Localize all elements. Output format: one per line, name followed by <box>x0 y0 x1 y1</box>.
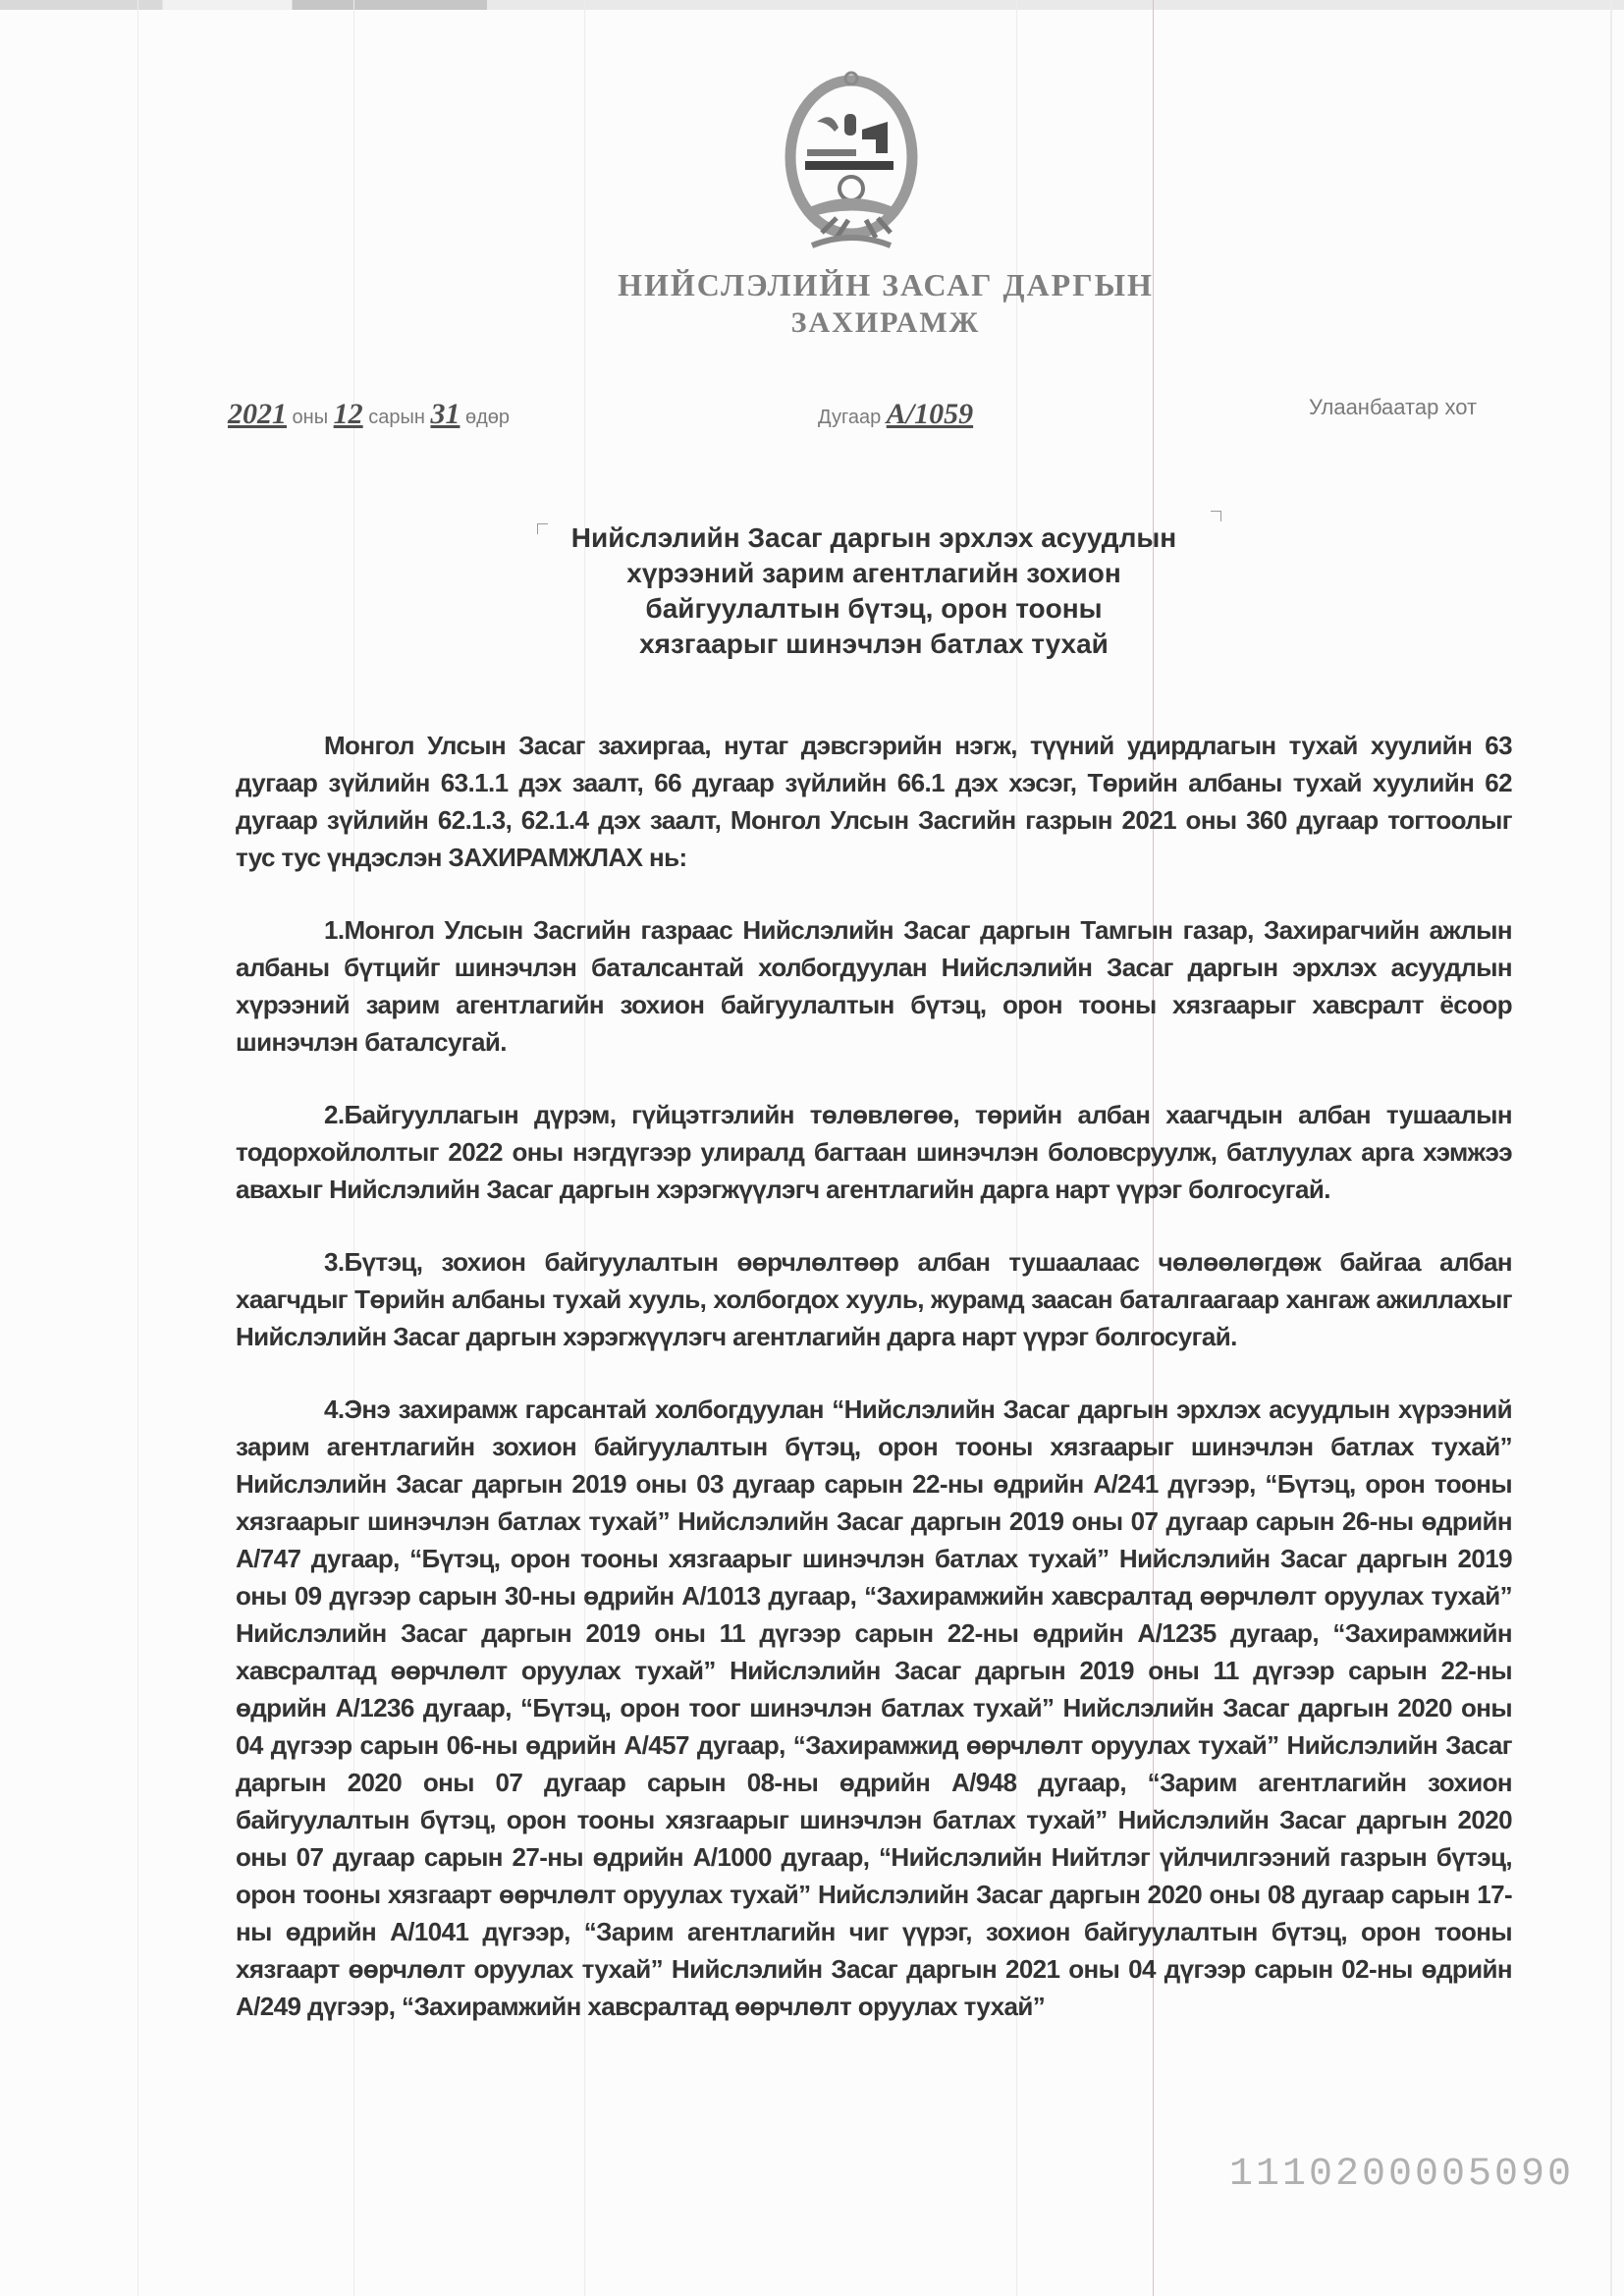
date-month: 12 <box>334 398 363 430</box>
number-value: А/1059 <box>887 398 973 430</box>
preamble-end: нь: <box>642 843 686 872</box>
document-type-heading: ЗАХИРАМЖ <box>74 306 1624 340</box>
subject-line: байгуулалтын бүтэц, орон тооны <box>530 591 1218 627</box>
subject-line: Нийслэлийн Засаг даргын эрхлэх асуудлын <box>530 520 1218 556</box>
preamble-text: Монгол Улсын Засаг захиргаа, нутаг дэвсг… <box>236 731 1512 872</box>
date-day-label: өдөр <box>460 407 510 428</box>
date-year: 2021 <box>228 398 287 430</box>
order-keyword: ЗАХИРАМЖЛАХ <box>449 843 643 872</box>
document-place: Улаанбаатар хот <box>1309 395 1477 420</box>
document-body: Монгол Улсын Засаг захиргаа, нутаг дэвсг… <box>236 727 1512 2060</box>
clause-4: 4.Энэ захирамж гарсантай холбогдуулан “Н… <box>236 1391 1512 2025</box>
date-year-label: оны <box>287 407 334 428</box>
clause-3: 3.Бүтэц, зохион байгуулалтын өөрчлөлтөөр… <box>236 1243 1512 1355</box>
preamble-paragraph: Монгол Улсын Засаг захиргаа, нутаг дэвсг… <box>236 727 1512 876</box>
date-month-label: сарын <box>363 407 431 428</box>
clause-2: 2.Байгууллагын дүрэм, гүйцэтгэлийн төлөв… <box>236 1096 1512 1208</box>
number-label: Дугаар <box>818 407 887 428</box>
scan-line <box>137 0 138 2296</box>
clause-1: 1.Монгол Улсын Засгийн газраас Нийслэлий… <box>236 911 1512 1061</box>
subject-title: Нийслэлийн Засаг даргын эрхлэх асуудлын … <box>530 520 1218 662</box>
state-emblem-icon <box>778 71 925 257</box>
document-serial-number: 1110200005090 <box>1229 2153 1574 2197</box>
subject-line: хүрээний зарим агентлагийн зохион <box>530 556 1218 591</box>
date-day: 31 <box>430 398 460 430</box>
issuer-heading: НИЙСЛЭЛИЙН ЗАСАГ ДАРГЫН <box>74 267 1624 303</box>
document-number: Дугаар А/1059 <box>818 398 973 431</box>
document-date: 2021 оны 12 сарын 31 өдөр <box>228 398 510 431</box>
page-edge <box>1610 0 1612 2296</box>
scan-artifact-top <box>0 0 1624 10</box>
subject-line: хязгаарыг шинэчлэн батлах тухай <box>530 627 1218 662</box>
